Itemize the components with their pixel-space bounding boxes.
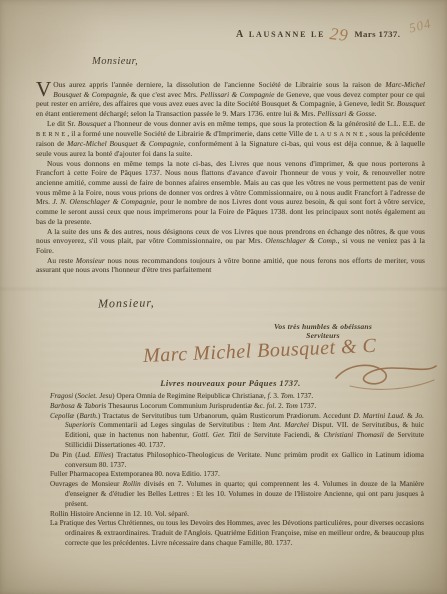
drop-cap: V (36, 80, 53, 97)
catalog-item: Rollin Histoire Ancienne in 12. 10. Vol.… (50, 510, 424, 520)
paragraph: Nous vous donnons en même temps la note … (36, 159, 425, 227)
catalog-item: Cepollæ (Barth.) Tractatus de Servitutib… (50, 412, 424, 451)
paragraph: Le dit Sr. Bousquet a l'honneur de vous … (36, 119, 425, 159)
catalog-item: Fragosi (Societ. Jesu) Opera Omnia de Re… (50, 392, 424, 402)
letter-body: VOus aurez appris l'année derniere, la d… (36, 80, 425, 275)
valediction-address: Monsieur, (98, 296, 155, 312)
catalog-list: Fragosi (Societ. Jesu) Opera Omnia de Re… (50, 392, 424, 549)
catalog-item: Ouvrages de Monsieur Rollin divisés en 7… (50, 480, 424, 509)
date-day-handwritten: 29 (330, 29, 350, 41)
paragraph-text: Ous aurez appris l'année derniere, la di… (36, 80, 425, 118)
letter-page: 504 A Lausanne le 29 Mars 1737. Monsieur… (0, 0, 447, 594)
catalog-item: Du Pin (Lud. Ellies) Tractatus Philosoph… (50, 451, 424, 471)
closing-line: Vos très humbles & obéissans (268, 322, 378, 331)
catalog-item: La Pratique des Vertus Chrétiennes, ou t… (50, 519, 424, 548)
catalog-item: Barbosa & Taboris Thesaurus Locorum Comm… (50, 402, 424, 412)
paragraph: A la suite des uns & des autres, nous dé… (36, 227, 425, 256)
date-month-year: Mars 1737. (354, 29, 400, 39)
dateline: A Lausanne le 29 Mars 1737. (236, 27, 436, 40)
fold-crease (0, 288, 447, 290)
paragraph: Au reste Monsieur nous nous recommandons… (36, 256, 425, 275)
catalog-heading: Livres nouveaux pour Pâques 1737. (36, 378, 425, 388)
paragraph: VOus aurez appris l'année derniere, la d… (36, 80, 425, 119)
salutation: Monsieur, (92, 56, 138, 67)
signature-flourish (330, 354, 440, 396)
date-place: A Lausanne le (236, 29, 325, 40)
catalog-item: Fuller Pharmacopea Extemporanea 80. nova… (50, 470, 424, 480)
